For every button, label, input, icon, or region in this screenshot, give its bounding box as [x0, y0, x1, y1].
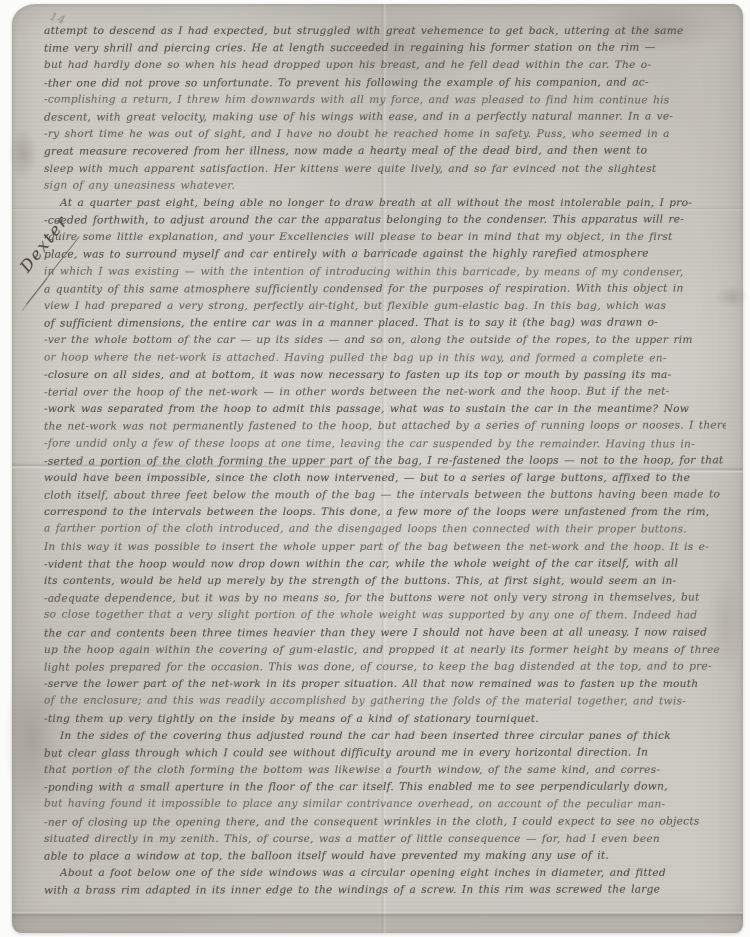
manuscript-line: attempt to descend as I had expected, bu…: [44, 23, 726, 40]
manuscript-line: but having found it impossible to place …: [44, 796, 726, 814]
manuscript-line: -fore undid only a few of these loops at…: [44, 435, 726, 453]
manuscript-line: descent, with great velocity, making use…: [44, 108, 726, 126]
manuscript-line: -closure on all sides, and at bottom, it…: [44, 367, 726, 384]
manuscript-line: -ry short time he was out of sight, and …: [44, 126, 726, 143]
manuscript-line: sign of any uneasiness whatever.: [44, 177, 726, 195]
manuscript-line: or hoop where the net-work is attached. …: [44, 349, 726, 367]
manuscript-line: situated directly in my zenith. This, of…: [44, 831, 726, 848]
manuscript-line: in which I was existing — with the inten…: [44, 263, 726, 281]
paper-stain: [6, 124, 40, 184]
manuscript-line: its contents, would be held up merely by…: [44, 573, 726, 590]
manuscript-line: -complishing a return, I threw him downw…: [44, 91, 726, 109]
manuscript-line: correspond to the intervals between the …: [44, 504, 726, 521]
manuscript-line: of sufficient dimensions, the entire car…: [44, 315, 726, 333]
manuscript-line: able to place a window at top, the ballo…: [44, 847, 726, 865]
manuscript-line: the car and contents been three times he…: [44, 624, 726, 642]
manuscript-line: that portion of the cloth forming the bo…: [44, 762, 726, 779]
manuscript-line: but clear glass through which I could se…: [44, 744, 726, 762]
bottom-fold-shading: [12, 915, 743, 933]
manuscript-line: About a foot below one of the side windo…: [44, 865, 726, 882]
manuscript-page: 14 Dexter attempt to descend as I had ex…: [12, 4, 743, 933]
manuscript-line: -serted a portion of the cloth forming t…: [44, 452, 726, 470]
manuscript-line: place, was to surround myself and car en…: [44, 246, 726, 264]
manuscript-line: -ponding with a small aperture in the fl…: [44, 779, 726, 797]
manuscript-line: In this way it was possible to insert th…: [44, 539, 726, 556]
manuscript-line: -quire some little explanation, and your…: [44, 229, 726, 246]
manuscript-line: -ver the whole bottom of the car — up it…: [44, 332, 726, 349]
manuscript-line: light poles prepared for the occasion. T…: [44, 658, 726, 676]
paragraph: About a foot below one of the side windo…: [44, 865, 726, 899]
manuscript-line: -adequate dependence, but it was by no m…: [44, 590, 726, 608]
manuscript-line: In the sides of the covering thus adjust…: [44, 728, 726, 745]
manuscript-line: -terial over the hoop of the net-work — …: [44, 383, 726, 401]
manuscript-line: -serve the lower part of the net-work in…: [44, 676, 726, 693]
manuscript-line: the net-work was not permanently fastene…: [44, 418, 726, 436]
manuscript-line: At a quarter past eight, being able no l…: [44, 195, 726, 212]
manuscript-line: -work was separated from the hoop to adm…: [44, 401, 726, 418]
manuscript-line: a quantity of this same atmosphere suffi…: [44, 280, 726, 298]
manuscript-line: view I had prepared a very strong, perfe…: [44, 298, 726, 315]
manuscript-line: so close together that a very slight por…: [44, 607, 726, 625]
manuscript-line: -ting them up very tightly on the inside…: [44, 711, 726, 728]
manuscript-line: of the enclosure; and this was readily a…: [44, 693, 726, 711]
manuscript-line: -ner of closing up the opening there, an…: [44, 813, 726, 831]
manuscript-line: cloth itself, about three feet below the…: [44, 486, 726, 504]
manuscript-line: -ceeded forthwith, to adjust around the …: [44, 211, 726, 229]
manuscript-line: great measure recovered from her illness…: [44, 143, 726, 161]
manuscript-line: would have been impossible, since the cl…: [44, 470, 726, 487]
manuscript-line: a farther portion of the cloth introduce…: [44, 521, 726, 539]
manuscript-text: attempt to descend as I had expected, bu…: [44, 23, 726, 900]
manuscript-line: with a brass rim adapted in its inner ed…: [44, 882, 726, 900]
manuscript-line: sleep with much apparent satisfaction. H…: [44, 161, 726, 178]
manuscript-line: but had hardly done so when his head dro…: [44, 57, 726, 74]
paragraph: At a quarter past eight, being able no l…: [44, 195, 726, 728]
manuscript-line: -vident that the hoop would now drop dow…: [44, 555, 726, 573]
manuscript-line: time very shrill and piercing cries. He …: [44, 40, 726, 58]
paragraph: attempt to descend as I had expected, bu…: [44, 23, 726, 195]
manuscript-line: up the hoop again within the covering of…: [44, 642, 726, 659]
paragraph: In the sides of the covering thus adjust…: [44, 728, 726, 866]
manuscript-line: -ther one did not prove so unfortunate. …: [44, 74, 726, 92]
